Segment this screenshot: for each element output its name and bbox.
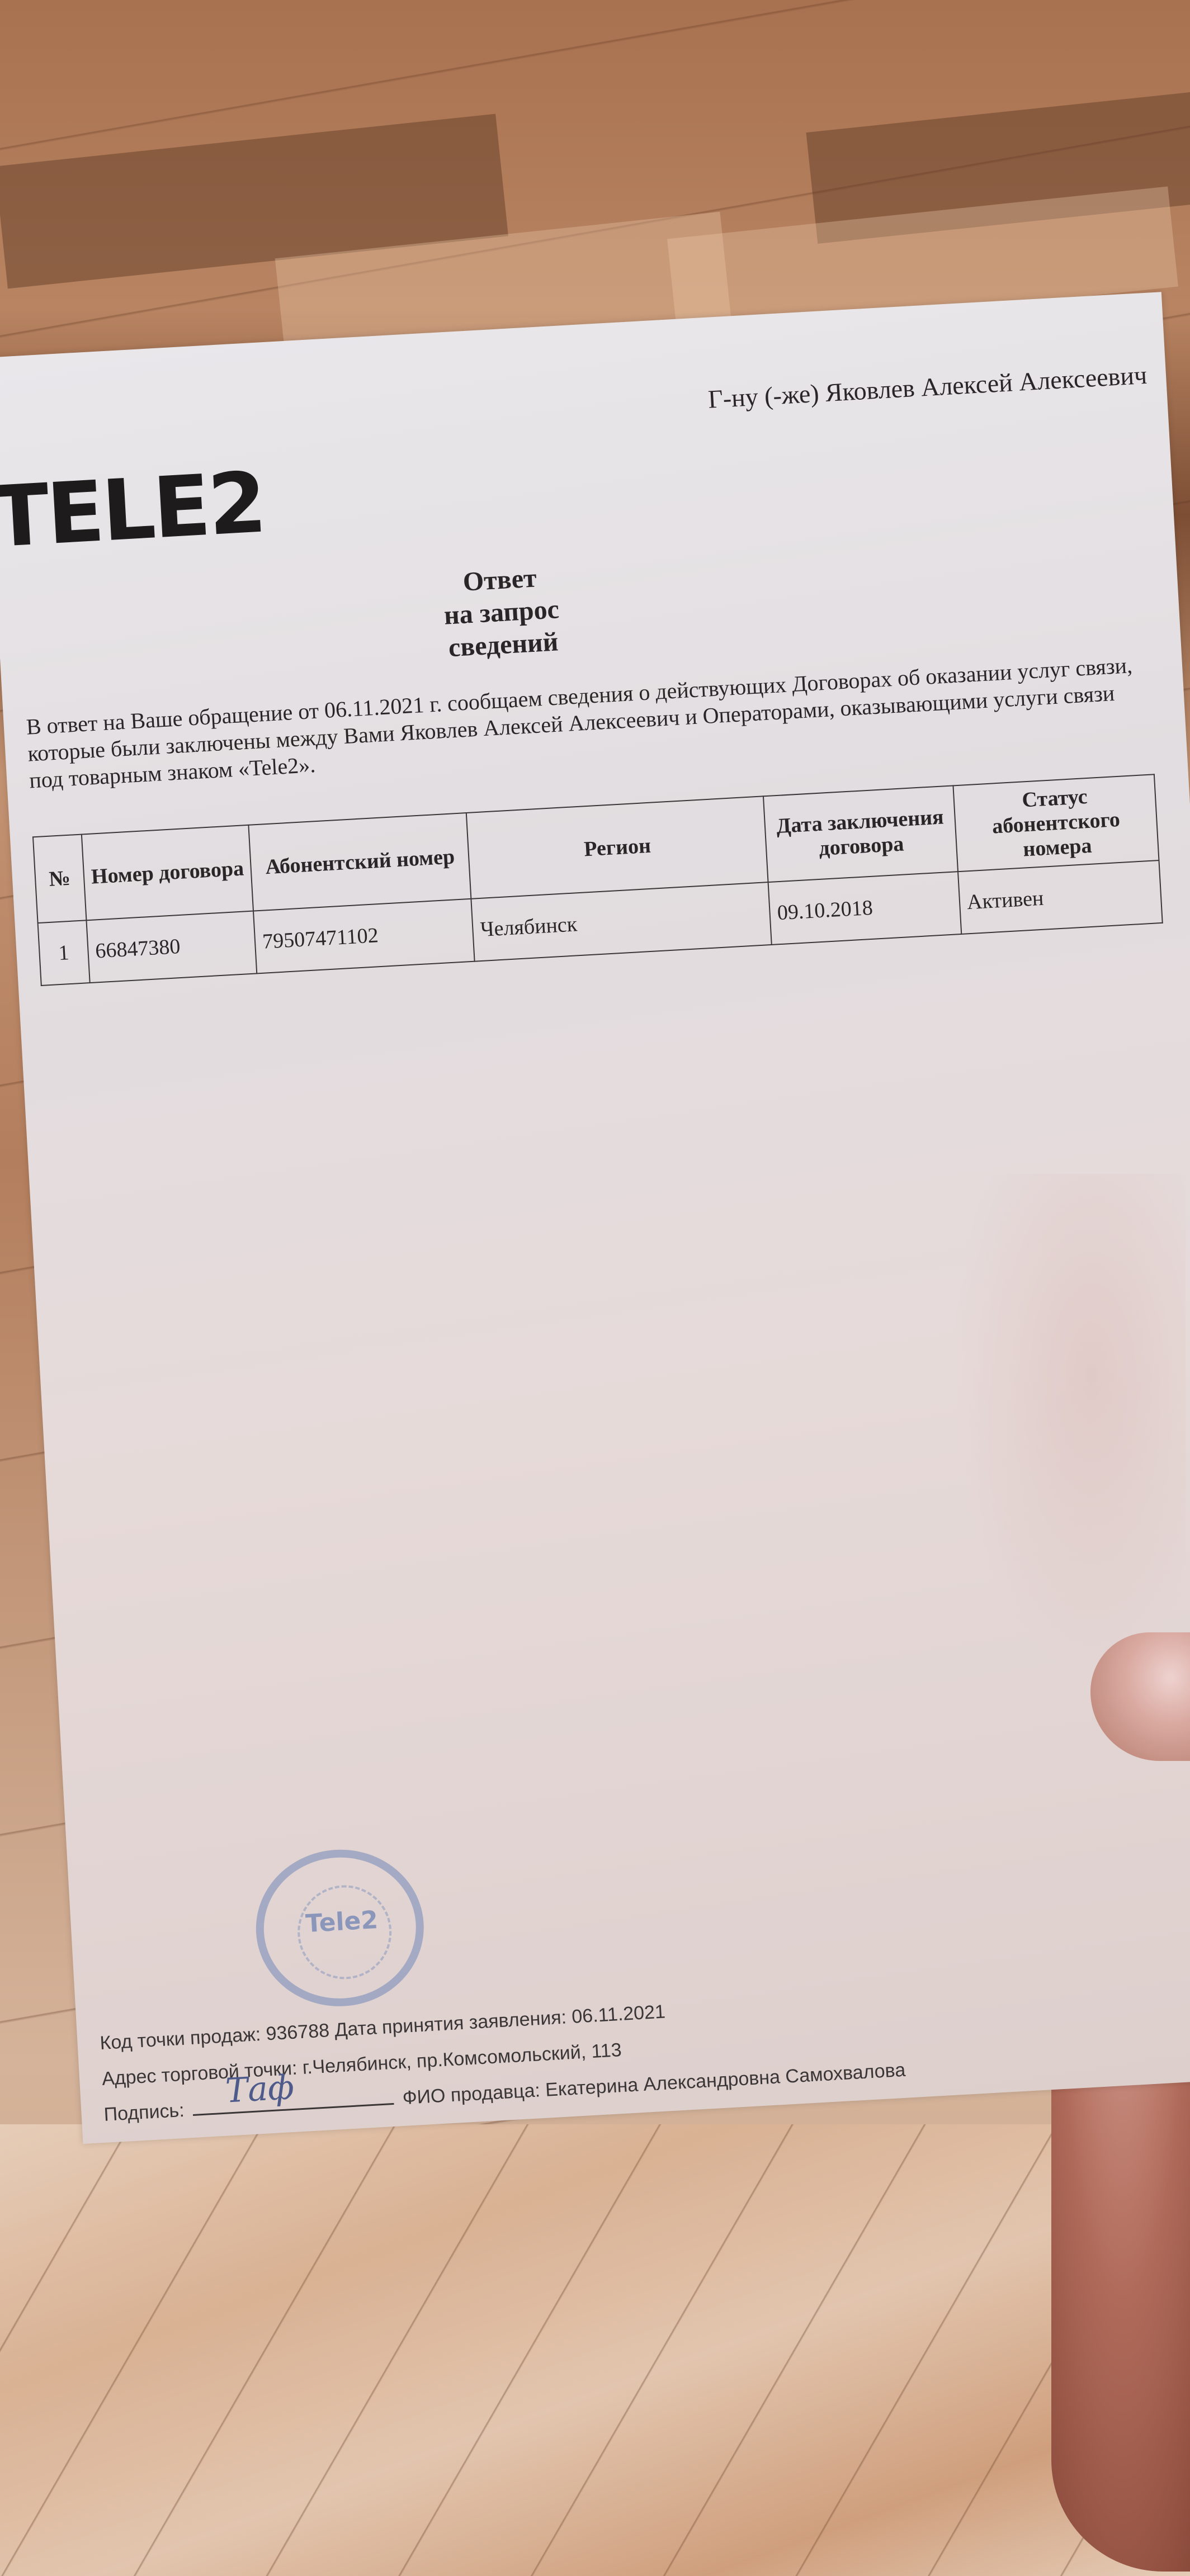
header-contract-date: Дата заключения договора [763, 785, 958, 882]
sales-point-label: Код точки продаж: [100, 2024, 262, 2054]
header-subscriber-number: Абонентский номер [249, 813, 471, 911]
handwritten-signature: Таф [224, 2070, 295, 2109]
finger-shadow [951, 1174, 1186, 1677]
application-date: 06.11.2021 [571, 2001, 666, 2028]
header-region: Регион [466, 796, 768, 898]
addressee: Г-ну (-же) Яковлев Алексей Алексеевич [707, 360, 1148, 414]
title-line-2: на запрос сведений [389, 590, 616, 667]
sales-point-code: 936788 [266, 2020, 330, 2044]
cell-number: 1 [38, 920, 90, 986]
cell-subscriber-number: 79507471102 [253, 899, 475, 974]
floor-background-bottom [0, 2124, 1190, 2576]
cell-number-status: Активен [958, 860, 1163, 934]
signature-field: Таф [192, 2086, 394, 2116]
company-stamp: Tele2 [252, 1845, 428, 2011]
document-title: Ответ на запрос сведений [387, 558, 616, 667]
cell-contract-number: 66847380 [86, 911, 257, 983]
intro-paragraph: В ответ на Ваше обращение от 06.11.2021 … [26, 651, 1153, 794]
header-number: № [33, 835, 86, 924]
seller-label: ФИО продавца: [402, 2080, 541, 2109]
header-number-status: Статус абонентского номера [953, 774, 1159, 872]
header-contract-number: Номер договора [82, 825, 253, 920]
cell-contract-date: 09.10.2018 [768, 872, 961, 945]
signature-label: Подпись: [103, 2100, 185, 2125]
contracts-table: № Номер договора Абонентский номер Регио… [32, 774, 1163, 986]
application-date-label: Дата принятия заявления: [334, 2006, 567, 2040]
tele2-logo: TELE2 [0, 454, 267, 566]
